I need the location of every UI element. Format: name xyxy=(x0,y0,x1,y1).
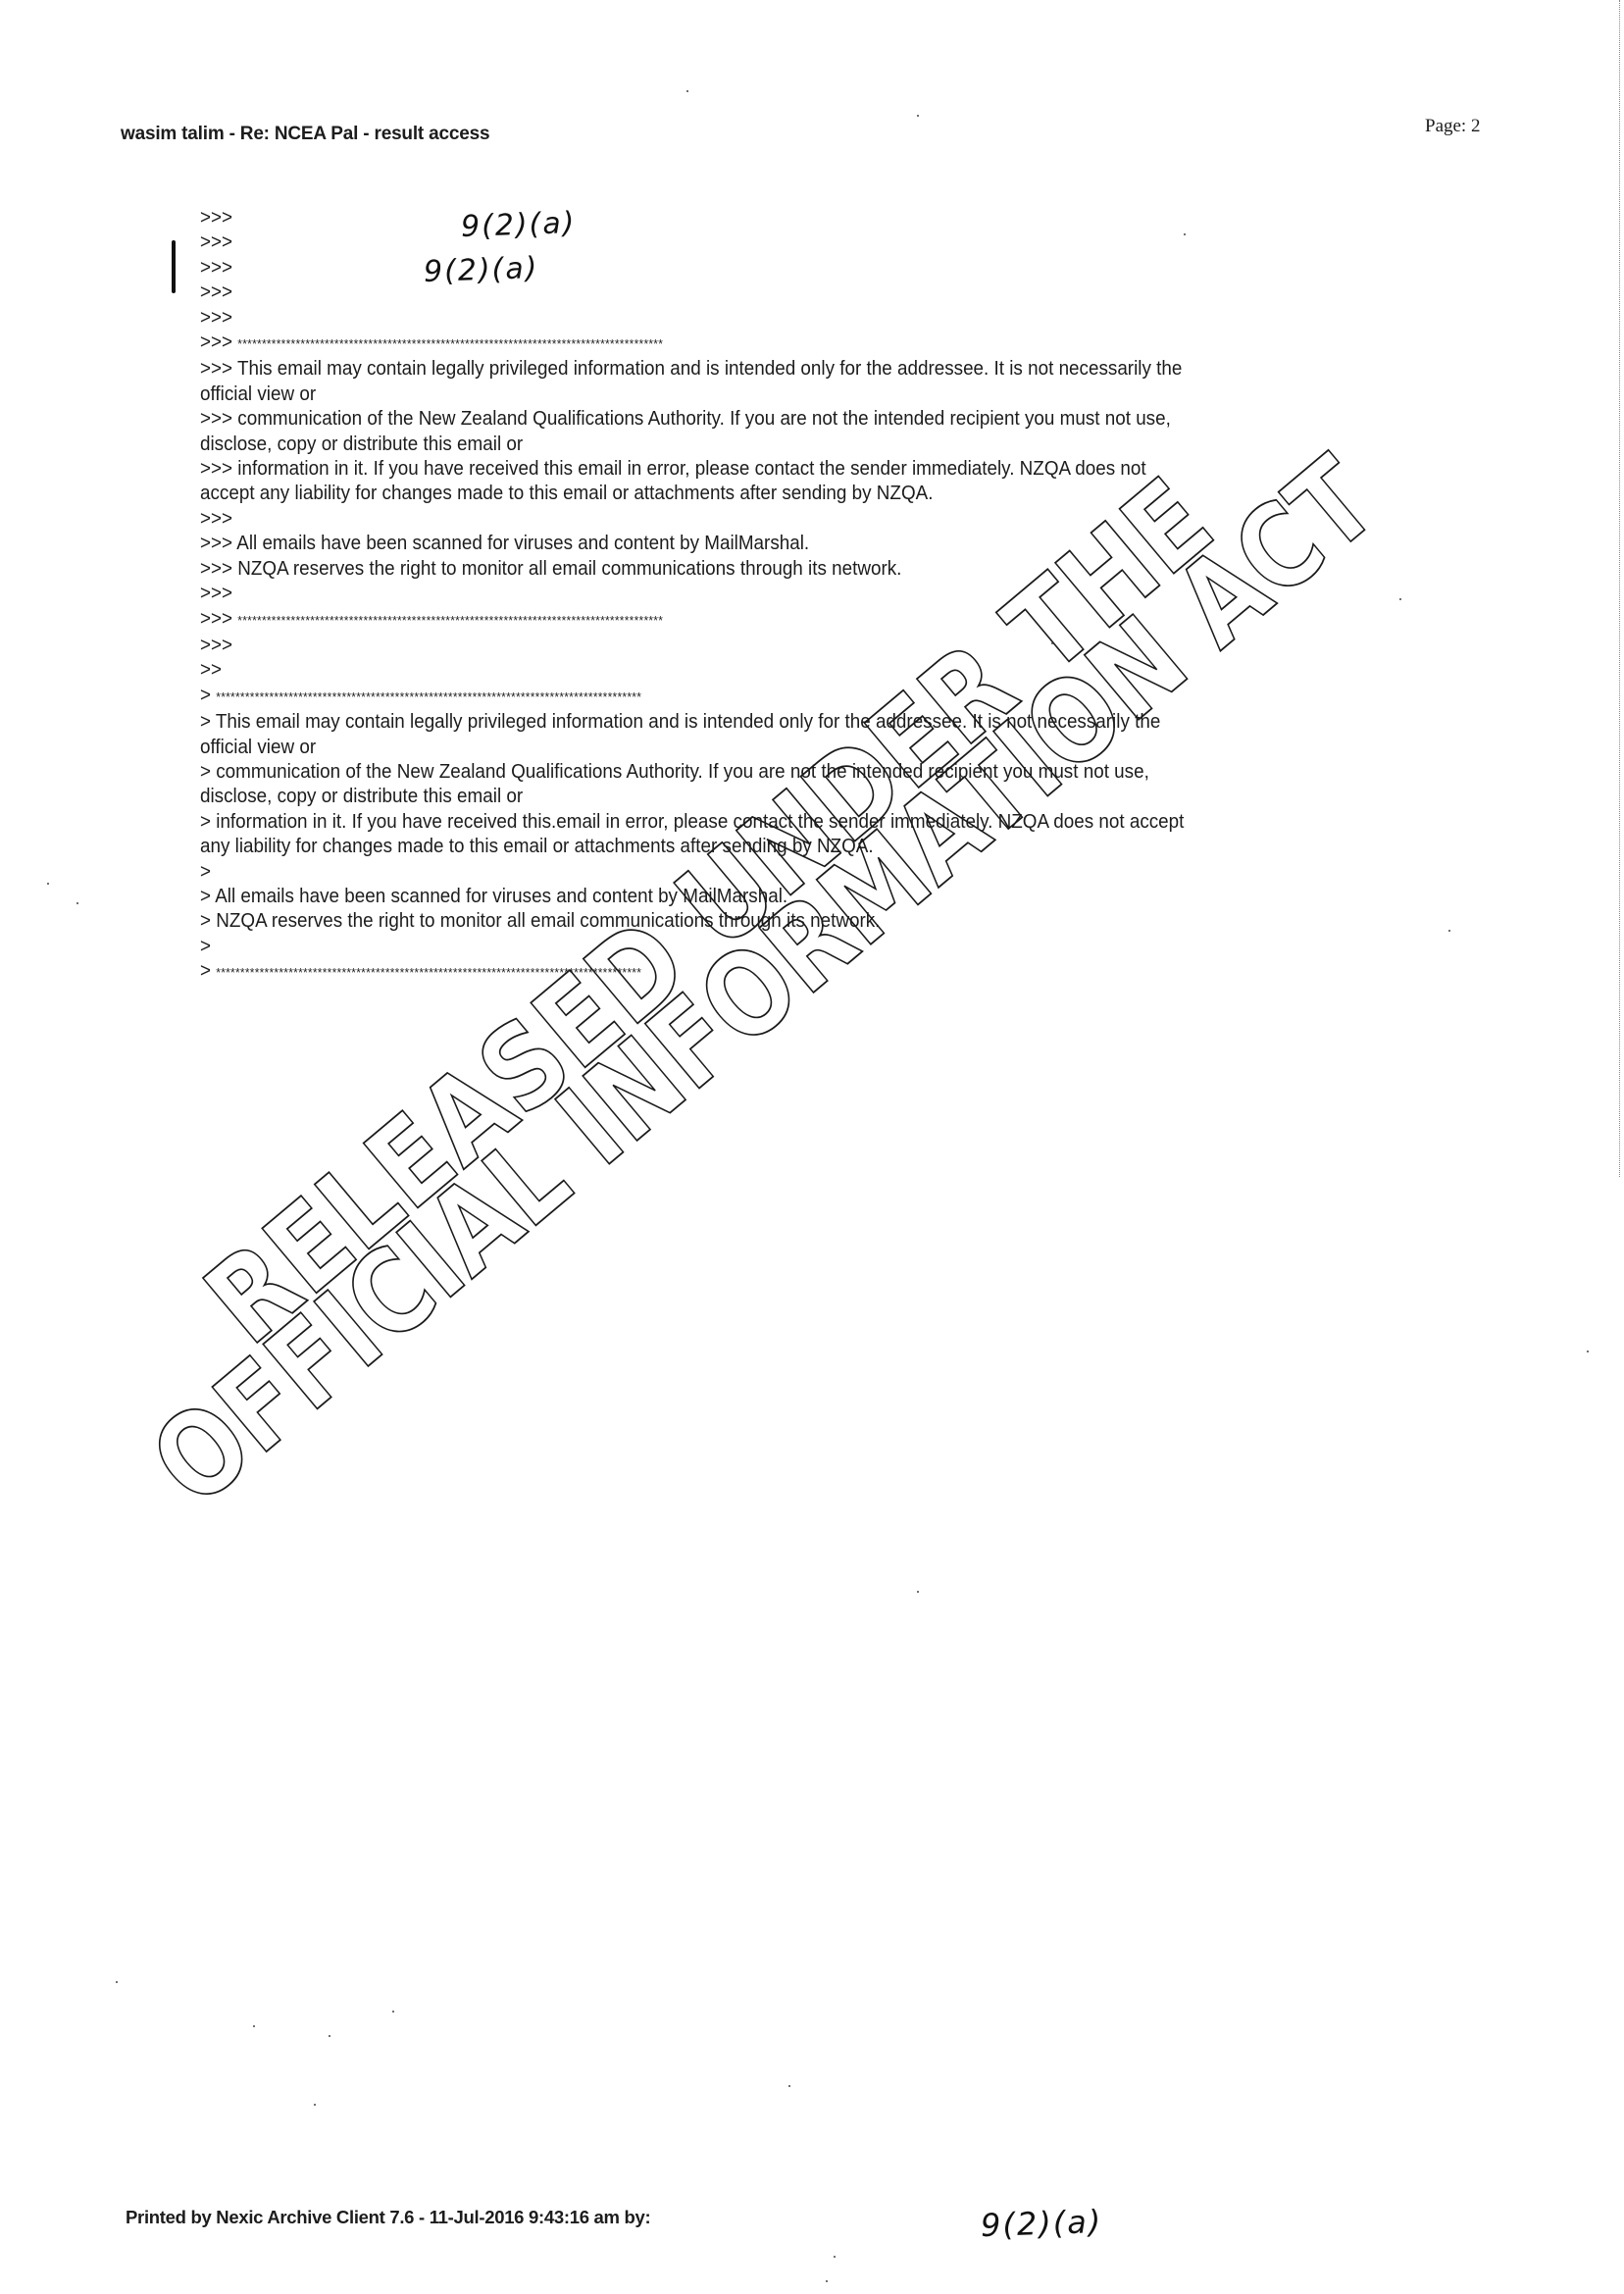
scan-speck xyxy=(253,2025,255,2027)
email-text-line: official view or xyxy=(200,735,1300,759)
separator-line: > **************************************… xyxy=(200,683,1300,709)
email-text-line: > xyxy=(200,859,1300,884)
email-text-line: > xyxy=(200,934,1300,958)
scan-speck xyxy=(1399,598,1401,600)
email-text-line: > communication of the New Zealand Quali… xyxy=(200,759,1300,784)
email-text-line: >>> communication of the New Zealand Qua… xyxy=(200,406,1300,431)
email-body: >>>>>>>>>>>>>>>>>> *********************… xyxy=(200,205,1300,986)
handwritten-redaction-note: 9(2)(a) xyxy=(423,251,539,289)
email-text-line: >>> xyxy=(200,229,1300,254)
email-text-line: > This email may contain legally privile… xyxy=(200,709,1300,734)
email-text-line: >>> xyxy=(200,280,1300,304)
email-text-line: official view or xyxy=(200,382,1300,406)
email-text-line: >>> xyxy=(200,305,1300,330)
print-footer: Printed by Nexic Archive Client 7.6 - 11… xyxy=(126,2207,650,2228)
email-text-line: >>> xyxy=(200,633,1300,657)
handwritten-redaction-note: 9(2)(a) xyxy=(460,206,577,244)
email-text-line: >>> xyxy=(200,506,1300,531)
scan-speck xyxy=(314,2104,316,2106)
email-text-line: > information in it. If you have receive… xyxy=(200,809,1300,834)
scan-speck xyxy=(1184,233,1186,235)
handwritten-redaction-note: 9(2)(a) xyxy=(980,2203,1103,2244)
document-header-title: wasim talim - Re: NCEA Pal - result acce… xyxy=(121,124,489,145)
email-text-line: >>> This email may contain legally privi… xyxy=(200,356,1300,381)
email-text-line: >>> xyxy=(200,581,1300,605)
scan-speck xyxy=(47,883,49,885)
scan-speck xyxy=(834,2256,836,2258)
scan-edge-line xyxy=(1619,0,1621,1177)
scan-speck xyxy=(76,902,78,904)
page-number: Page: 2 xyxy=(1425,116,1480,137)
scan-speck xyxy=(116,1981,118,1983)
scan-speck xyxy=(1448,930,1450,932)
email-text-line: disclose, copy or distribute this email … xyxy=(200,432,1300,456)
scan-speck xyxy=(917,1591,919,1593)
email-text-line: >>> All emails have been scanned for vir… xyxy=(200,531,1300,555)
email-text-line: any liability for changes made to this e… xyxy=(200,834,1300,858)
email-text-line: >>> xyxy=(200,205,1300,229)
scan-speck xyxy=(392,2011,394,2013)
margin-mark xyxy=(172,240,176,293)
email-text-line: >>> xyxy=(200,255,1300,280)
email-text-line: >>> information in it. If you have recei… xyxy=(200,456,1300,481)
separator-line: >>> ************************************… xyxy=(200,606,1300,633)
email-text-line: > All emails have been scanned for virus… xyxy=(200,884,1300,908)
scan-speck xyxy=(917,115,919,117)
separator-line: >>> ************************************… xyxy=(200,330,1300,356)
separator-line: > **************************************… xyxy=(200,958,1300,985)
scan-speck xyxy=(686,90,688,92)
scan-speck xyxy=(826,2280,828,2282)
email-text-line: disclose, copy or distribute this email … xyxy=(200,784,1300,808)
email-text-line: >> xyxy=(200,657,1300,682)
scan-speck xyxy=(329,2035,330,2037)
scan-speck xyxy=(1587,1351,1589,1352)
scan-speck xyxy=(788,2085,790,2087)
scan-speck xyxy=(1051,642,1053,644)
email-text-line: > NZQA reserves the right to monitor all… xyxy=(200,908,1300,933)
email-text-line: >>> NZQA reserves the right to monitor a… xyxy=(200,556,1300,581)
email-text-line: accept any liability for changes made to… xyxy=(200,481,1300,505)
